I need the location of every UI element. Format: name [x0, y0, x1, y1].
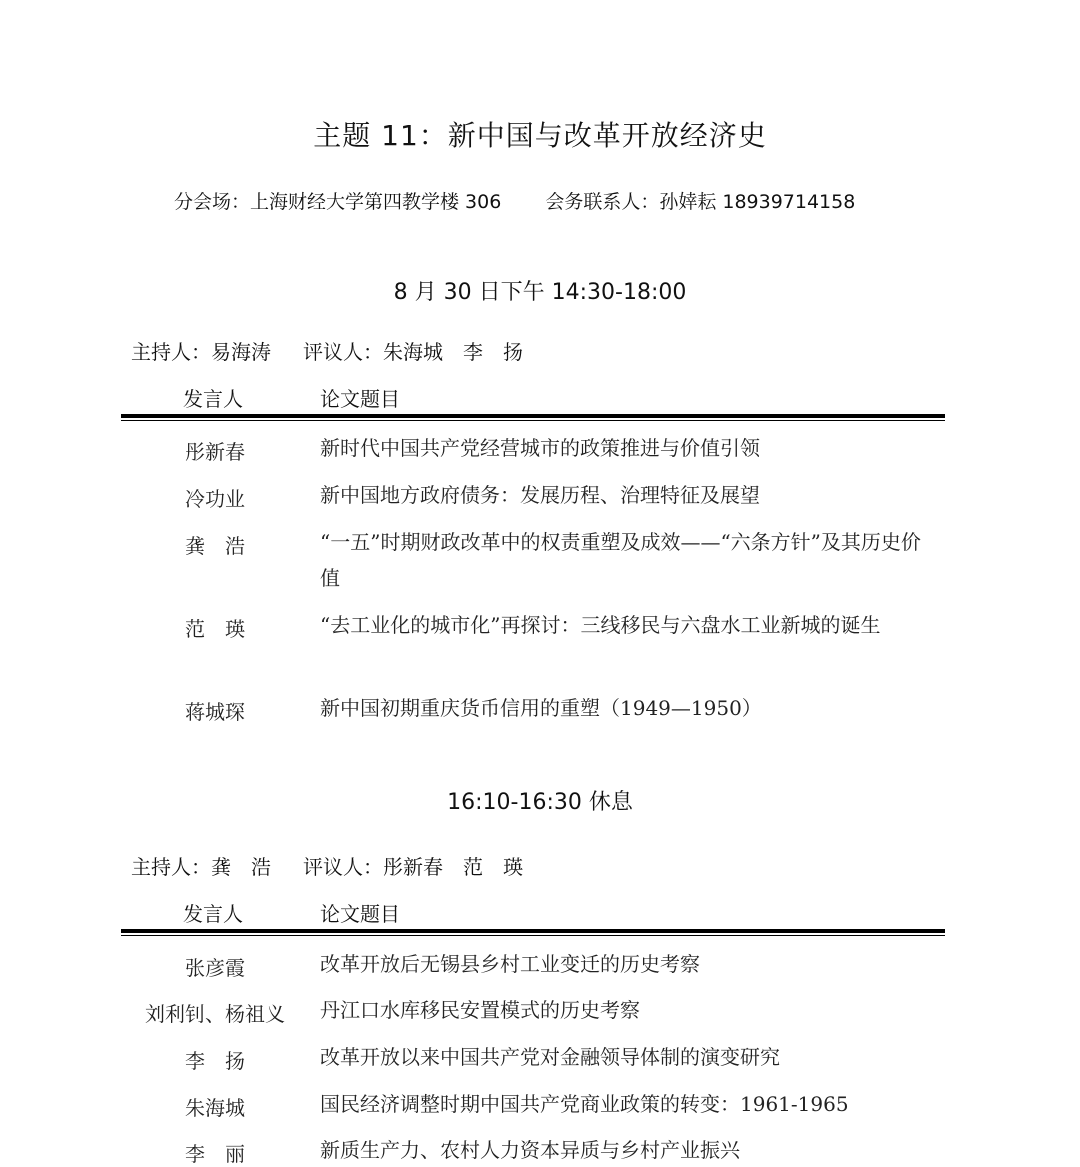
session-1-paper: 新中国初期重庆货币信用的重塑（1949—1950）	[320, 690, 935, 726]
session-2-speaker: 刘利钊、杨祖义	[120, 998, 310, 1027]
session-1-paper: 新时代中国共产党经营城市的政策推进与价值引领	[320, 430, 935, 466]
session-1-header-rule	[121, 414, 945, 421]
session-2-speaker: 朱海城	[120, 1092, 310, 1121]
session-2-paper-header: 论文题目	[320, 898, 400, 927]
session-2-paper: 改革开放后无锡县乡村工业变迁的历史考察	[320, 946, 935, 982]
session-1-paper-header: 论文题目	[320, 383, 400, 412]
session-2-paper: 国民经济调整时期中国共产党商业政策的转变：1961-1965	[320, 1086, 935, 1122]
venue-line: 分会场：上海财经大学第四教学楼 306会务联系人：孙婞耘 18939714158	[174, 187, 855, 214]
session-2-chair-line: 主持人：龚 浩评议人：彤新春 范 瑛	[131, 851, 523, 880]
session-2-speaker-header: 发言人	[183, 898, 243, 927]
session-2-time: 16:10-16:30 休息	[0, 785, 1080, 816]
session-1-chair-line: 主持人：易海涛评议人：朱海城 李 扬	[131, 336, 523, 365]
session-1-reviewers: 评议人：朱海城 李 扬	[303, 340, 523, 364]
session-2-header-rule	[121, 929, 945, 936]
session-1-speaker-header: 发言人	[183, 383, 243, 412]
document-title: 主题 11：新中国与改革开放经济史	[0, 114, 1080, 154]
session-2-speaker: 李 丽	[120, 1138, 310, 1167]
session-1-speaker: 蒋城琛	[120, 696, 310, 725]
session-1-speaker: 范 瑛	[120, 613, 310, 642]
session-1-paper: “去工业化的城市化”再探讨：三线移民与六盘水工业新城的诞生	[320, 607, 935, 643]
session-1-speaker: 龚 浩	[120, 530, 310, 559]
session-1-paper: 新中国地方政府债务：发展历程、治理特征及展望	[320, 477, 935, 513]
session-2-speaker: 张彦霞	[120, 952, 310, 981]
venue-text: 分会场：上海财经大学第四教学楼 306	[174, 191, 501, 213]
session-1-chair: 主持人：易海涛	[131, 340, 271, 364]
session-2-speaker: 李 扬	[120, 1045, 310, 1074]
session-1-speaker: 冷功业	[120, 483, 310, 512]
session-1-time: 8 月 30 日下午 14:30-18:00	[0, 275, 1080, 306]
session-1-paper: “一五”时期财政改革中的权责重塑及成效——“六条方针”及其历史价值	[320, 524, 935, 596]
session-1-speaker: 彤新春	[120, 436, 310, 465]
session-2-reviewers: 评议人：彤新春 范 瑛	[303, 855, 523, 879]
session-2-paper: 改革开放以来中国共产党对金融领导体制的演变研究	[320, 1039, 935, 1075]
contact-text: 会务联系人：孙婞耘 18939714158	[545, 191, 855, 213]
session-2-paper: 新质生产力、农村人力资本异质与乡村产业振兴	[320, 1132, 935, 1167]
session-2-chair: 主持人：龚 浩	[131, 855, 271, 879]
session-2-paper: 丹江口水库移民安置模式的历史考察	[320, 992, 935, 1028]
